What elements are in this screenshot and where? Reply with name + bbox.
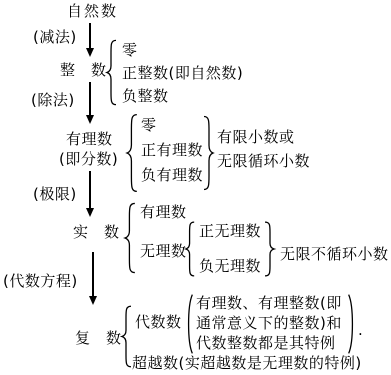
node-complex: 复 数 <box>75 330 122 347</box>
rational-item-zero: 零 <box>141 117 157 134</box>
algebraic-note-period: . <box>358 322 363 339</box>
number-system-diagram: 自然数 (减法) 整 数 零 正整数(即自然数) 负整数 (除法) 有理数 (即… <box>0 0 391 375</box>
brace-irrational-note <box>263 221 275 277</box>
rational-note-line1: 有限小数或 <box>217 129 295 146</box>
brace-rational-items <box>126 113 139 193</box>
integer-item-negative: 负整数 <box>122 88 169 105</box>
arrow-line-subtraction <box>89 23 91 49</box>
node-natural-number: 自然数 <box>67 3 118 20</box>
node-real: 实 数 <box>73 224 120 241</box>
edge-label-limit: (极限) <box>33 186 77 203</box>
node-rational-alias: (即分数) <box>59 151 118 168</box>
integer-item-zero: 零 <box>122 42 138 59</box>
arrow-line-limit <box>89 171 91 209</box>
brace-rational-note <box>202 115 214 191</box>
node-integer: 整 数 <box>60 62 107 79</box>
node-rational: 有理数 <box>66 131 113 148</box>
paren-right-algebraic-note <box>347 294 357 354</box>
brace-real-items <box>124 202 137 274</box>
real-item-rational: 有理数 <box>140 204 187 221</box>
arrow-line-division <box>89 82 91 116</box>
integer-item-positive: 正整数(即自然数) <box>122 65 243 82</box>
irrational-note: 无限不循环小数 <box>280 246 389 263</box>
irrational-item-positive: 正无理数 <box>199 223 261 240</box>
algebraic-note-line3: 代数整数都是其特例 <box>196 335 336 352</box>
arrow-head-division <box>86 115 94 124</box>
rational-item-negative: 负有理数 <box>141 167 203 184</box>
algebraic-note-line2: 通常意义下的整数)和 <box>196 315 342 332</box>
rational-item-positive: 正有理数 <box>141 142 203 159</box>
irrational-item-negative: 负无理数 <box>199 258 261 275</box>
complex-item-transcendental: 超越数(实超越数是无理数的特例) <box>132 355 362 372</box>
edge-label-subtraction: (减法) <box>33 29 77 46</box>
real-item-irrational: 无理数 <box>140 243 187 260</box>
arrow-head-limit <box>86 208 94 217</box>
brace-integer-items <box>106 39 118 106</box>
edge-label-algebraic-equation: (代数方程) <box>3 273 78 290</box>
algebraic-note-line1: 有理数、有理整数(即 <box>196 295 342 312</box>
brace-irrational-items <box>185 221 196 277</box>
paren-left-algebraic-note <box>184 294 194 354</box>
rational-note-line2: 无限循环小数 <box>217 153 310 170</box>
arrow-line-algebraic-equation <box>92 252 94 297</box>
arrow-head-algebraic-equation <box>89 296 97 305</box>
edge-label-division: (除法) <box>31 92 75 109</box>
complex-item-algebraic: 代数数 <box>135 314 182 331</box>
arrow-head-subtraction <box>86 48 94 57</box>
